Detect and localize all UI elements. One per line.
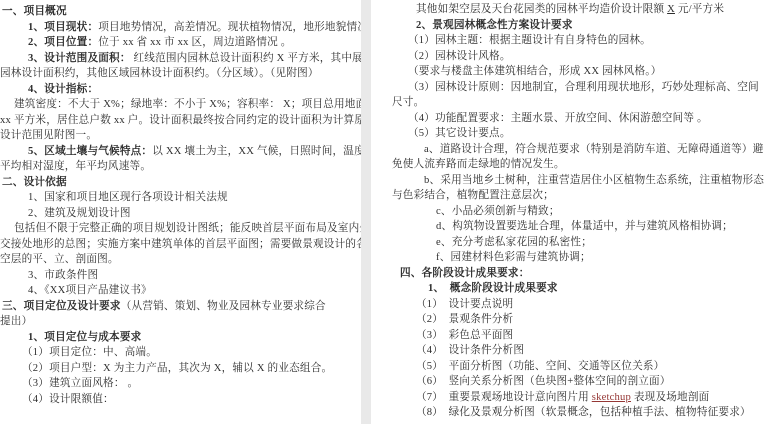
text-segment: 4、《XX项目产品建议书》 <box>28 285 152 296</box>
text-segment: 其他如架空层及天台花园类的园林平均造价设计限额 <box>416 4 667 15</box>
text-line: （2）园林设计风格。 <box>392 49 780 65</box>
text-segment: e、充分考虑私家花园的私密性； <box>436 237 592 248</box>
text-line: （1） 设计要点说明 <box>392 297 780 313</box>
text-line: 1、项目定位与成本要求 <box>0 330 361 346</box>
text-line: 4、设计指标： <box>0 82 361 98</box>
text-line: 交接处地形的总图；实施方案中建筑单体的首层平面图；需要做景观设计的各架 <box>0 237 361 253</box>
document-page-right: 其他如架空层及天台花园类的园林平均造价设计限额 X 元/平方米2、景观园林概念性… <box>371 0 780 424</box>
text-line: 免使人流弃路而走绿地的情况发生。 <box>392 157 780 173</box>
text-segment: c、小品必须创新与精致； <box>436 206 560 217</box>
text-segment: 4、设计指标： <box>28 84 98 95</box>
text-segment: xx 平方米，居住总户数 xx 户。设计面积最终按合同约定的设计面积为计算原则， <box>0 115 361 126</box>
text-segment: 尺寸。 <box>392 97 424 108</box>
text-line: xx 平方米，居住总户数 xx 户。设计面积最终按合同约定的设计面积为计算原则， <box>0 113 361 129</box>
text-segment: 1、国家和项目地区现行各项设计相关法规 <box>28 192 228 203</box>
text-segment: 设计范围见附图一。 <box>0 130 97 141</box>
text-segment: d、构筑物设置要选址合理，体量适中，并与建筑风格相协调； <box>436 221 733 232</box>
text-segment: 包括但不限于完整正确的项目规划设计图纸；能反映首层平面布局及室内外 <box>14 223 361 234</box>
text-line: 2、景观园林概念性方案设计要求 <box>392 18 780 34</box>
text-segment: 1、 概念阶段设计成果要求 <box>428 283 558 294</box>
text-line: 提出） <box>0 314 361 330</box>
highlighted-text: sketchup <box>592 392 631 403</box>
text-segment: a、道路设计合理，符合规范要求（特别是消防车道、无障碍通道等）避 <box>424 144 764 155</box>
text-line: （1）项目定位：中、高端。 <box>0 345 361 361</box>
text-line: 尺寸。 <box>392 95 780 111</box>
text-segment: 一、项目概况 <box>2 6 67 17</box>
text-segment: 提出） <box>0 316 32 327</box>
text-line: c、小品必须创新与精致； <box>392 204 780 220</box>
text-segment: 以 XX 壤土为主，XX 气候，日照时间，温度，年 <box>152 146 361 157</box>
text-line: 一、项目概况 <box>0 4 361 20</box>
text-line: 3、设计范围及面积： 红线范围内园林总设计面积约 X 平方米，其中展示区 <box>0 51 361 67</box>
text-line: 3、市政条件图 <box>0 268 361 284</box>
text-segment: 空层的平、立、剖面图。 <box>0 254 119 265</box>
text-line: （4）功能配置要求：主题水景、开放空间、休闲游憩空间等 。 <box>392 111 780 127</box>
text-segment: （1）园林主题：根据主题设计有自身特色的园林。 <box>408 35 651 46</box>
text-segment: （8） 绿化及景观分析图（软景概念，包括种植手法、植物特征要求） <box>416 407 751 418</box>
text-segment: （4） 设计条件分析图 <box>416 345 524 356</box>
text-segment: 二、设计依据 <box>2 177 67 188</box>
text-segment: （从营销、策划、物业及园林专业要求综合 <box>121 301 326 312</box>
text-line: （3）建筑立面风格： 。 <box>0 376 361 392</box>
text-segment: （4）功能配置要求：主题水景、开放空间、休闲游憩空间等 。 <box>408 113 708 124</box>
text-line: （1）园林主题：根据主题设计有自身特色的园林。 <box>392 33 780 49</box>
text-segment: 表现及场地剖面 <box>631 392 709 403</box>
text-segment: （5） 平面分析图（功能、空间、交通等区位关系） <box>416 361 664 372</box>
text-segment: （6） 竖向关系分析图（色块图+整体空间的剖立面） <box>416 376 671 387</box>
text-segment: 平均相对湿度，年平均风速等。 <box>0 161 151 172</box>
text-segment: 园林设计面积约，其他区域园林设计面积约。（分区域）。（见附图） <box>0 68 319 79</box>
text-segment: （2） 景观条件分析 <box>416 314 513 325</box>
text-segment: 2、景观园林概念性方案设计要求 <box>416 20 573 31</box>
text-segment: （要求与楼盘主体建筑相结合，形成 XX 园林风格。） <box>408 66 662 77</box>
text-line: 其他如架空层及天台花园类的园林平均造价设计限额 X 元/平方米 <box>392 2 780 18</box>
text-line: 设计范围见附图一。 <box>0 128 361 144</box>
text-line: 2、建筑及规划设计图 <box>0 206 361 222</box>
text-line: （7） 重要景观场地设计意向图片用 sketchup 表现及场地剖面 <box>392 390 780 406</box>
text-segment: （2）项目户型：X 为主力产品，其次为 X，辅以 X 的业态组合。 <box>22 363 332 374</box>
text-line: 空层的平、立、剖面图。 <box>0 252 361 268</box>
text-segment: 位于 xx 省 xx 市 xx 区，周边道路情况 。 <box>98 37 291 48</box>
text-segment: 红线范围内园林总设计面积约 X 平方米，其中展示区 <box>131 53 361 64</box>
text-segment: f、园建材料色彩需与建筑协调； <box>436 252 591 263</box>
text-segment: 3、设计范围及面积： <box>28 53 131 64</box>
text-line: （2） 景观条件分析 <box>392 312 780 328</box>
text-segment: 三、项目定位及设计要求 <box>2 301 121 312</box>
text-segment: （1）项目定位：中、高端。 <box>22 347 157 358</box>
text-segment: （1） 设计要点说明 <box>416 299 513 310</box>
text-segment: （3）园林设计原则：因地制宜，合理利用现状地形，巧妙处理标高、空间 <box>408 82 759 93</box>
text-line: （3）园林设计原则：因地制宜，合理利用现状地形，巧妙处理标高、空间 <box>392 80 780 96</box>
text-line: b、采用当地乡土树种，注重营造居住小区植物生态系统，注重植物形态 <box>392 173 780 189</box>
text-segment: 5、区域土壤与气候特点： <box>28 146 152 157</box>
text-segment: 3、市政条件图 <box>28 270 98 281</box>
text-segment: 2、项目位置： <box>28 37 98 48</box>
text-line: 4、《XX项目产品建议书》 <box>0 283 361 299</box>
text-line: （5） 平面分析图（功能、空间、交通等区位关系） <box>392 359 780 375</box>
text-line: 包括但不限于完整正确的项目规划设计图纸；能反映首层平面布局及室内外 <box>0 221 361 237</box>
text-segment: 元/平方米 <box>675 4 724 15</box>
text-segment: （3） 彩色总平面图 <box>416 330 513 341</box>
text-line: 四、各阶段设计成果要求： <box>392 266 780 282</box>
text-segment: 建筑密度：不大于 X%；绿地率：不小于 X%；容积率： X；项目总用地面积： <box>14 99 361 110</box>
text-segment: （7） 重要景观场地设计意向图片用 <box>416 392 592 403</box>
text-line: （4） 设计条件分析图 <box>392 343 780 359</box>
text-segment: b、采用当地乡土树种，注重营造居住小区植物生态系统，注重植物形态 <box>424 175 764 186</box>
text-line: a、道路设计合理，符合规范要求（特别是消防车道、无障碍通道等）避 <box>392 142 780 158</box>
text-line: 建筑密度：不大于 X%；绿地率：不小于 X%；容积率： X；项目总用地面积： <box>0 97 361 113</box>
text-line: 与色彩结合，植物配置注意层次； <box>392 188 780 204</box>
text-segment: 1、项目定位与成本要求 <box>28 332 141 343</box>
text-segment: 项目地势情况，高差情况。现状植物情况，地形地貌情况。 <box>98 22 361 33</box>
text-segment: 2、建筑及规划设计图 <box>28 208 131 219</box>
text-line: （5）其它设计要点。 <box>392 126 780 142</box>
text-segment: 免使人流弃路而走绿地的情况发生。 <box>392 159 565 170</box>
text-line: 1、国家和项目地区现行各项设计相关法规 <box>0 190 361 206</box>
text-segment: （2）园林设计风格。 <box>408 51 511 62</box>
text-line: e、充分考虑私家花园的私密性； <box>392 235 780 251</box>
text-segment: 与色彩结合，植物配置注意层次； <box>392 190 554 201</box>
document-page-left: 一、项目概况1、项目现状：项目地势情况，高差情况。现状植物情况，地形地貌情况。2… <box>0 0 361 424</box>
text-line: 2、项目位置：位于 xx 省 xx 市 xx 区，周边道路情况 。 <box>0 35 361 51</box>
text-line: 园林设计面积约，其他区域园林设计面积约。（分区域）。（见附图） <box>0 66 361 82</box>
text-line: （4）设计限额值： <box>0 392 361 408</box>
text-line: f、园建材料色彩需与建筑协调； <box>392 250 780 266</box>
text-segment: （4）设计限额值： <box>22 394 114 405</box>
text-line: 平均相对湿度，年平均风速等。 <box>0 159 361 175</box>
text-line: 二、设计依据 <box>0 175 361 191</box>
text-line: 三、项目定位及设计要求（从营销、策划、物业及园林专业要求综合 <box>0 299 361 315</box>
text-line: d、构筑物设置要选址合理，体量适中，并与建筑风格相协调； <box>392 219 780 235</box>
text-line: 1、项目现状：项目地势情况，高差情况。现状植物情况，地形地貌情况。 <box>0 20 361 36</box>
text-segment: 四、各阶段设计成果要求： <box>400 268 530 279</box>
text-segment: （5）其它设计要点。 <box>408 128 511 139</box>
text-line: （2）项目户型：X 为主力产品，其次为 X，辅以 X 的业态组合。 <box>0 361 361 377</box>
text-line: 1、 概念阶段设计成果要求 <box>392 281 780 297</box>
text-segment: 1、项目现状： <box>28 22 98 33</box>
text-line: （3） 彩色总平面图 <box>392 328 780 344</box>
text-line: （8） 绿化及景观分析图（软景概念，包括种植手法、植物特征要求） <box>392 405 780 421</box>
text-segment: 交接处地形的总图；实施方案中建筑单体的首层平面图；需要做景观设计的各架 <box>0 239 361 250</box>
text-line: （要求与楼盘主体建筑相结合，形成 XX 园林风格。） <box>392 64 780 80</box>
text-segment: X <box>667 4 675 15</box>
text-line: （6） 竖向关系分析图（色块图+整体空间的剖立面） <box>392 374 780 390</box>
text-line: 5、区域土壤与气候特点：以 XX 壤土为主，XX 气候，日照时间，温度，年 <box>0 144 361 160</box>
page-divider <box>361 0 371 424</box>
text-segment: （3）建筑立面风格： 。 <box>22 378 138 389</box>
